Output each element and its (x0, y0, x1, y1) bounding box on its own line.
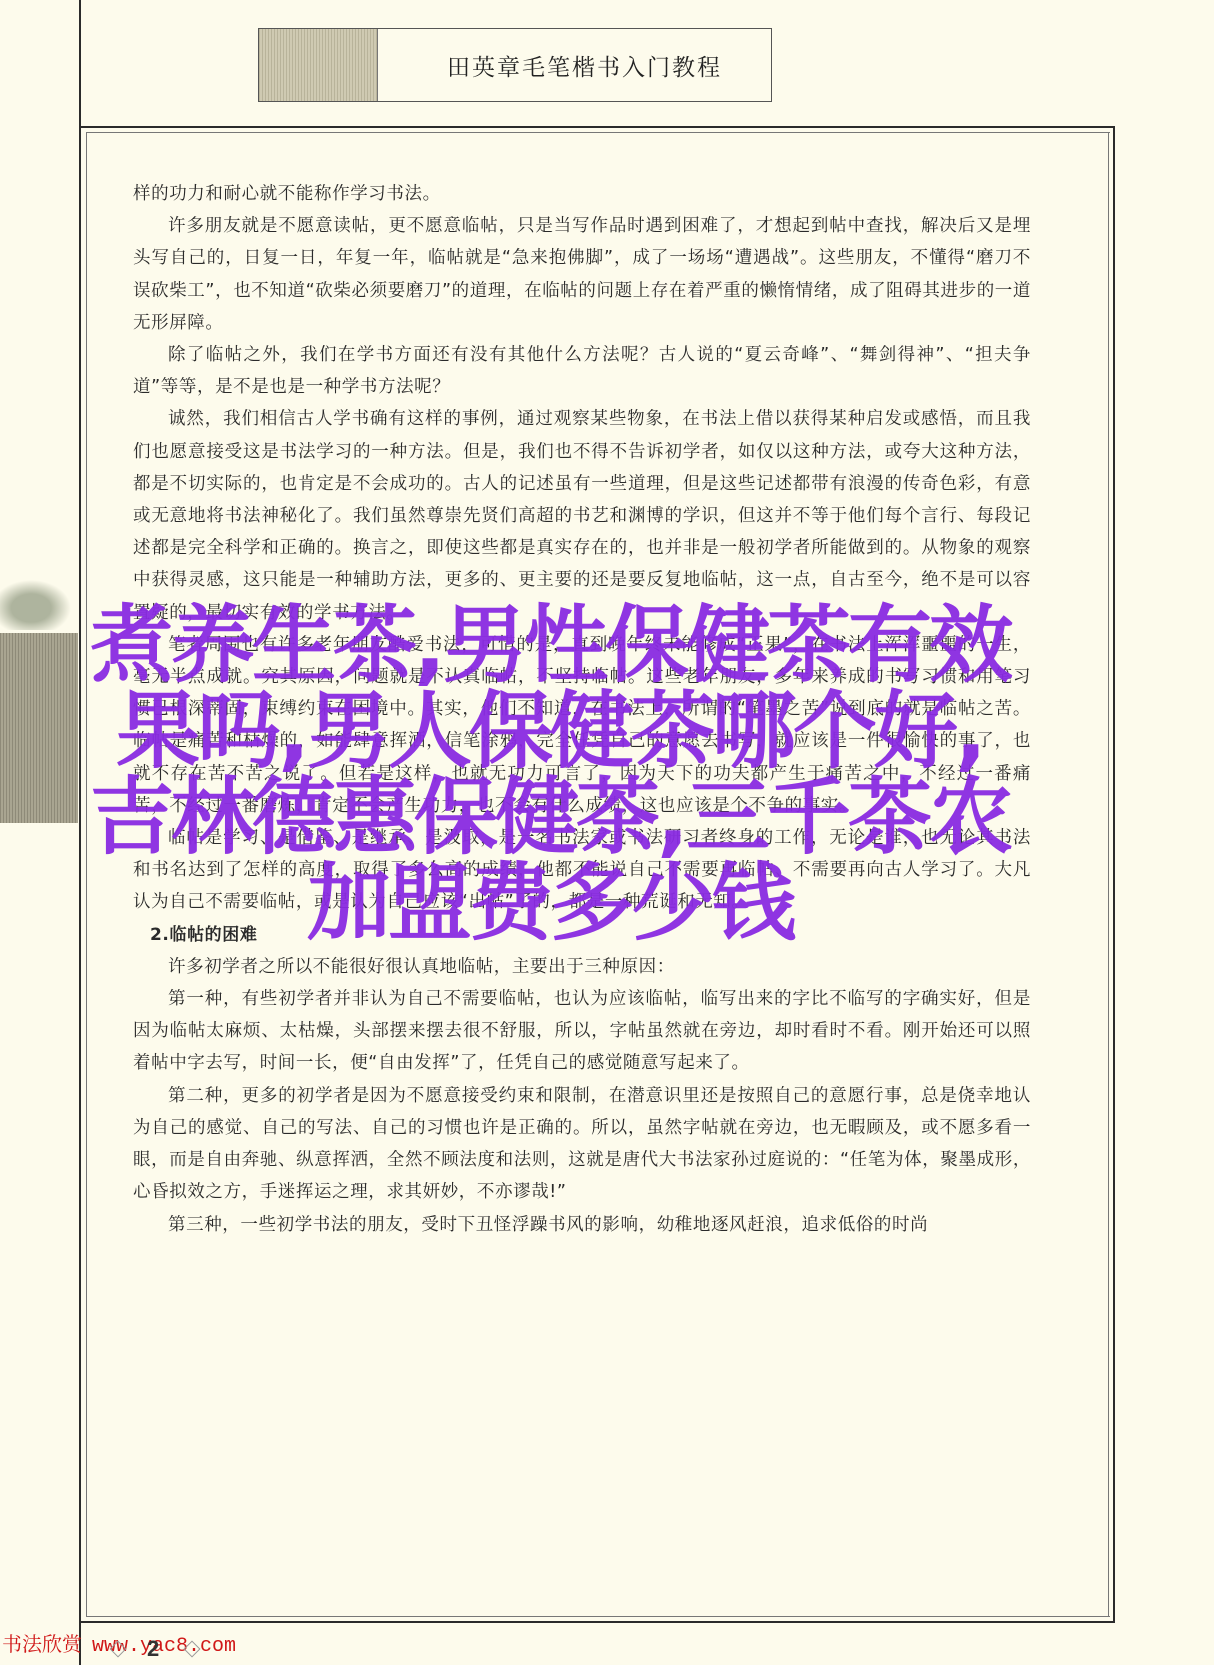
frame-right-border (1113, 126, 1115, 1623)
book-title: 田英章毛笔楷书入门教程 (378, 29, 771, 101)
paragraph: 第二种，更多的初学者是因为不愿意接受约束和限制，在潜意识里还是按照自己的意愿行事… (133, 1080, 1031, 1209)
frame-right-inner-border (1108, 132, 1109, 1617)
header-calligraphy-thumbnail (259, 29, 378, 101)
frame-bottom-inner-border (86, 1616, 1110, 1617)
overlay-line: 煮养生茶,男性保健茶有效 (0, 602, 1100, 688)
paragraph: 许多朋友就是不愿意读帖，更不愿意临帖，只是当写作品时遇到困难了，才想起到帖中查找… (133, 210, 1031, 339)
frame-top-border (80, 126, 1115, 128)
watermark-label: 书法欣赏 (2, 1632, 82, 1656)
paragraph: 样的功力和耐心就不能称作学习书法。 (133, 178, 1031, 210)
overlay-line: 吉林德惠保健茶,三千茶农 (0, 774, 1100, 860)
paragraph: 除了临帖之外，我们在学书方面还有没有其他什么方法呢？古人说的“夏云奇峰”、“舞剑… (133, 339, 1031, 403)
overlay-headline: 煮养生茶,男性保健茶有效 果吗,男人保健茶哪个好, 吉林德惠保健茶,三千茶农 加… (0, 602, 1100, 946)
paragraph: 第一种，有些初学者并非认为自己不需要临帖，也认为应该临帖，临写出来的字比不临写的… (133, 983, 1031, 1080)
page-number: 2 (147, 1636, 159, 1662)
overlay-line: 加盟费多少钱 (0, 860, 1100, 946)
frame-bottom-border (80, 1621, 1115, 1623)
overlay-line: 果吗,男人保健茶哪个好, (0, 688, 1100, 774)
running-header: 田英章毛笔楷书入门教程 (258, 28, 772, 102)
frame-top-inner-border (86, 132, 1110, 133)
paragraph: 第三种，一些初学书法的朋友，受时下丑怪浮躁书风的影响，幼稚地逐风赶浪，追求低俗的… (133, 1209, 1031, 1241)
paragraph: 许多初学者之所以不能很好很认真地临帖，主要出于三种原因： (133, 951, 1031, 983)
